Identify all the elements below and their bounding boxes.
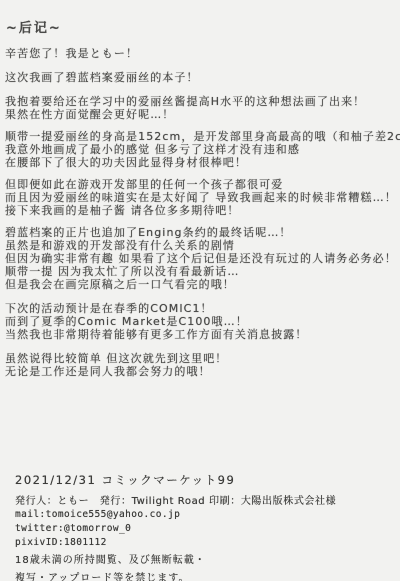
pixiv-line: pixivID:1801112: [15, 537, 396, 548]
afterword-line: 虽然说得比较简单 但这次就先到这里吧！: [5, 352, 396, 365]
afterword-line: 无论是工作还是同人我都会努力的哦！: [5, 365, 396, 378]
paragraph-closing: 虽然说得比较简单 但这次就先到这里吧！ 无论是工作还是同人我都会努力的哦！: [5, 352, 396, 378]
afterword-line: 但即便如此在游戏开发部里的任何一个孩子都很可爱: [5, 178, 396, 191]
afterword-line: 我意外地画成了最小的感觉 但多亏了这样才没有违和感: [5, 143, 396, 156]
paragraph-events: 下次的活动预计是在春季的COMIC1！ 而到了夏季的Comic Market是C…: [5, 302, 396, 341]
twitter-line: twitter:@tomorrow_0: [15, 523, 396, 534]
paragraph-greeting: 辛苦您了！我是ともー！: [5, 47, 396, 60]
paragraph-story: 碧蓝档案的正片也追加了Enging条约的最终话呢…！ 虽然是和游戏的开发部没有什…: [5, 226, 396, 291]
mail-line: mail:tomoice555@yahoo.co.jp: [15, 509, 396, 520]
age-notice-line: 18歳未満の所持閲覧、及び無断転載・: [15, 551, 396, 566]
afterword-line: 当然我也非常期待着能够有更多工作方面有关消息披露！: [5, 328, 396, 341]
afterword-page: ~后记~ 辛苦您了！我是ともー！ 这次我画了碧蓝档案爱丽丝的本子！ 我抱着要给还…: [0, 0, 400, 581]
publisher-line: 発行人：ともー 発行：Twilight Road 印刷：大陽出版株式会社様: [15, 492, 396, 507]
afterword-line: 这次我画了碧蓝档案爱丽丝的本子！: [5, 71, 396, 84]
afterword-line: 而且因为爱丽丝的味道实在是太好闻了 导致我画起来的时候非常糟糕…！: [5, 191, 396, 204]
afterword-line: 虽然是和游戏的开发部没有什么关系的剧情: [5, 239, 396, 252]
afterword-line: 但是我会在画完原稿之后一口气看完的哦！: [5, 278, 396, 291]
afterword-line: 但因为确实非常有趣 如果看了这个后记但是还没有玩过的人请务必务必！: [5, 252, 396, 265]
paragraph-intro: 这次我画了碧蓝档案爱丽丝的本子！: [5, 71, 396, 84]
event-date-line: 2021/12/31 コミックマーケット99: [15, 472, 396, 488]
paragraph-height: 顺带一提爱丽丝的身高是152cm，是开发部里身高最高的哦（和柚子差2cm） 我意…: [5, 130, 396, 169]
colophon-block: 2021/12/31 コミックマーケット99 発行人：ともー 発行：Twilig…: [15, 472, 396, 581]
handwritten-text-block: ~后记~ 辛苦您了！我是ともー！ 这次我画了碧蓝档案爱丽丝的本子！ 我抱着要给还…: [0, 0, 400, 378]
afterword-line: 碧蓝档案的正片也追加了Enging条约的最终话呢…！: [5, 226, 396, 239]
afterword-line: 接下来我画的是柚子酱 请各位多多期待吧！: [5, 204, 396, 217]
paragraph-devclub: 但即便如此在游戏开发部里的任何一个孩子都很可爱 而且因为爱丽丝的味道实在是太好闻…: [5, 178, 396, 217]
afterword-line: 下次的活动预计是在春季的COMIC1！: [5, 302, 396, 315]
afterword-line: 在腰部下了很大的功夫因此显得身材很棒吧！: [5, 156, 396, 169]
afterword-line: 顺带一提爱丽丝的身高是152cm，是开发部里身高最高的哦（和柚子差2cm）: [5, 130, 396, 143]
page-title: ~后记~: [6, 17, 396, 36]
afterword-line: 而到了夏季的Comic Market是C100哦…！: [5, 315, 396, 328]
afterword-line: 我抱着要给还在学习中的爱丽丝酱提高H水平的这种想法画了出来！: [5, 95, 396, 108]
paragraph-concept: 我抱着要给还在学习中的爱丽丝酱提高H水平的这种想法画了出来！ 果然在性方面觉醒会…: [5, 95, 396, 121]
afterword-line: 辛苦您了！我是ともー！: [5, 47, 396, 60]
afterword-line: 顺带一提 因为我太忙了所以没有看最新话…: [5, 265, 396, 278]
afterword-line: 果然在性方面觉醒会更好呢…！: [5, 108, 396, 121]
copy-notice-line: 複写・アップロード等を禁じます。: [15, 569, 396, 581]
